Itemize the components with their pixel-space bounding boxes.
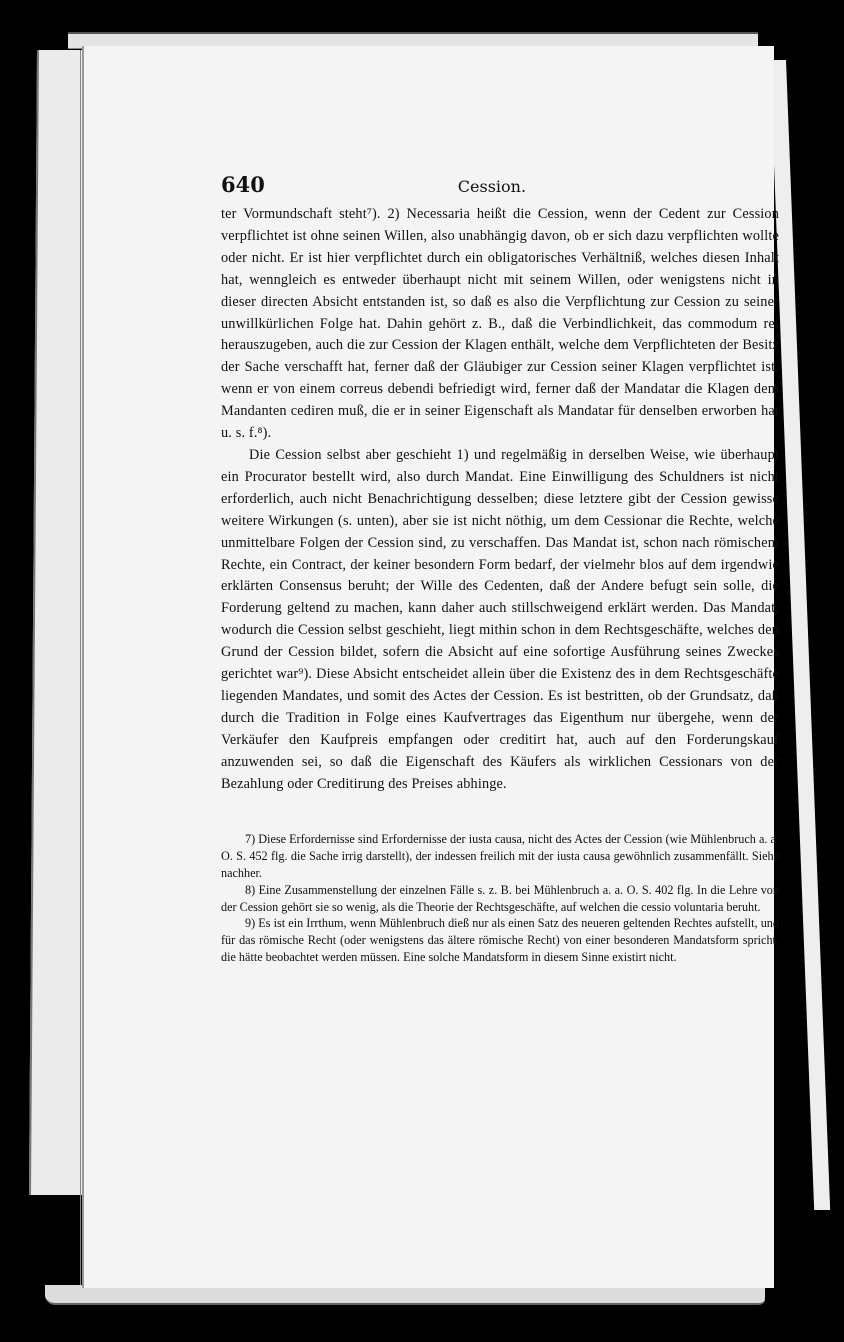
paragraph-2: Die Cession selbst aber geschieht 1) und… — [221, 445, 779, 796]
footnote-separator — [221, 795, 779, 831]
footnote-7: 7) Diese Erfordernisse sind Erforderniss… — [221, 831, 779, 881]
running-head: Cession. — [265, 177, 779, 196]
page-header: 640 Cession. — [221, 172, 779, 204]
underlying-sheet-bottom-edge — [45, 1285, 765, 1305]
paragraph-1: ter Vormundschaft steht⁷). 2) Necessaria… — [221, 204, 779, 445]
page-number: 640 — [221, 172, 265, 197]
footnote-9: 9) Es ist ein Irrthum, wenn Mühlenbruch … — [221, 915, 779, 965]
footnotes: 7) Diese Erfordernisse sind Erforderniss… — [221, 831, 779, 965]
underlying-sheet-right-edge — [770, 60, 830, 1210]
page-fold-line — [80, 50, 81, 1285]
body-text: ter Vormundschaft steht⁷). 2) Necessaria… — [221, 204, 779, 795]
footnote-8: 8) Eine Zusammenstellung der einzelnen F… — [221, 882, 779, 916]
page-text-block: 640 Cession. ter Vormundschaft steht⁷). … — [221, 172, 779, 966]
